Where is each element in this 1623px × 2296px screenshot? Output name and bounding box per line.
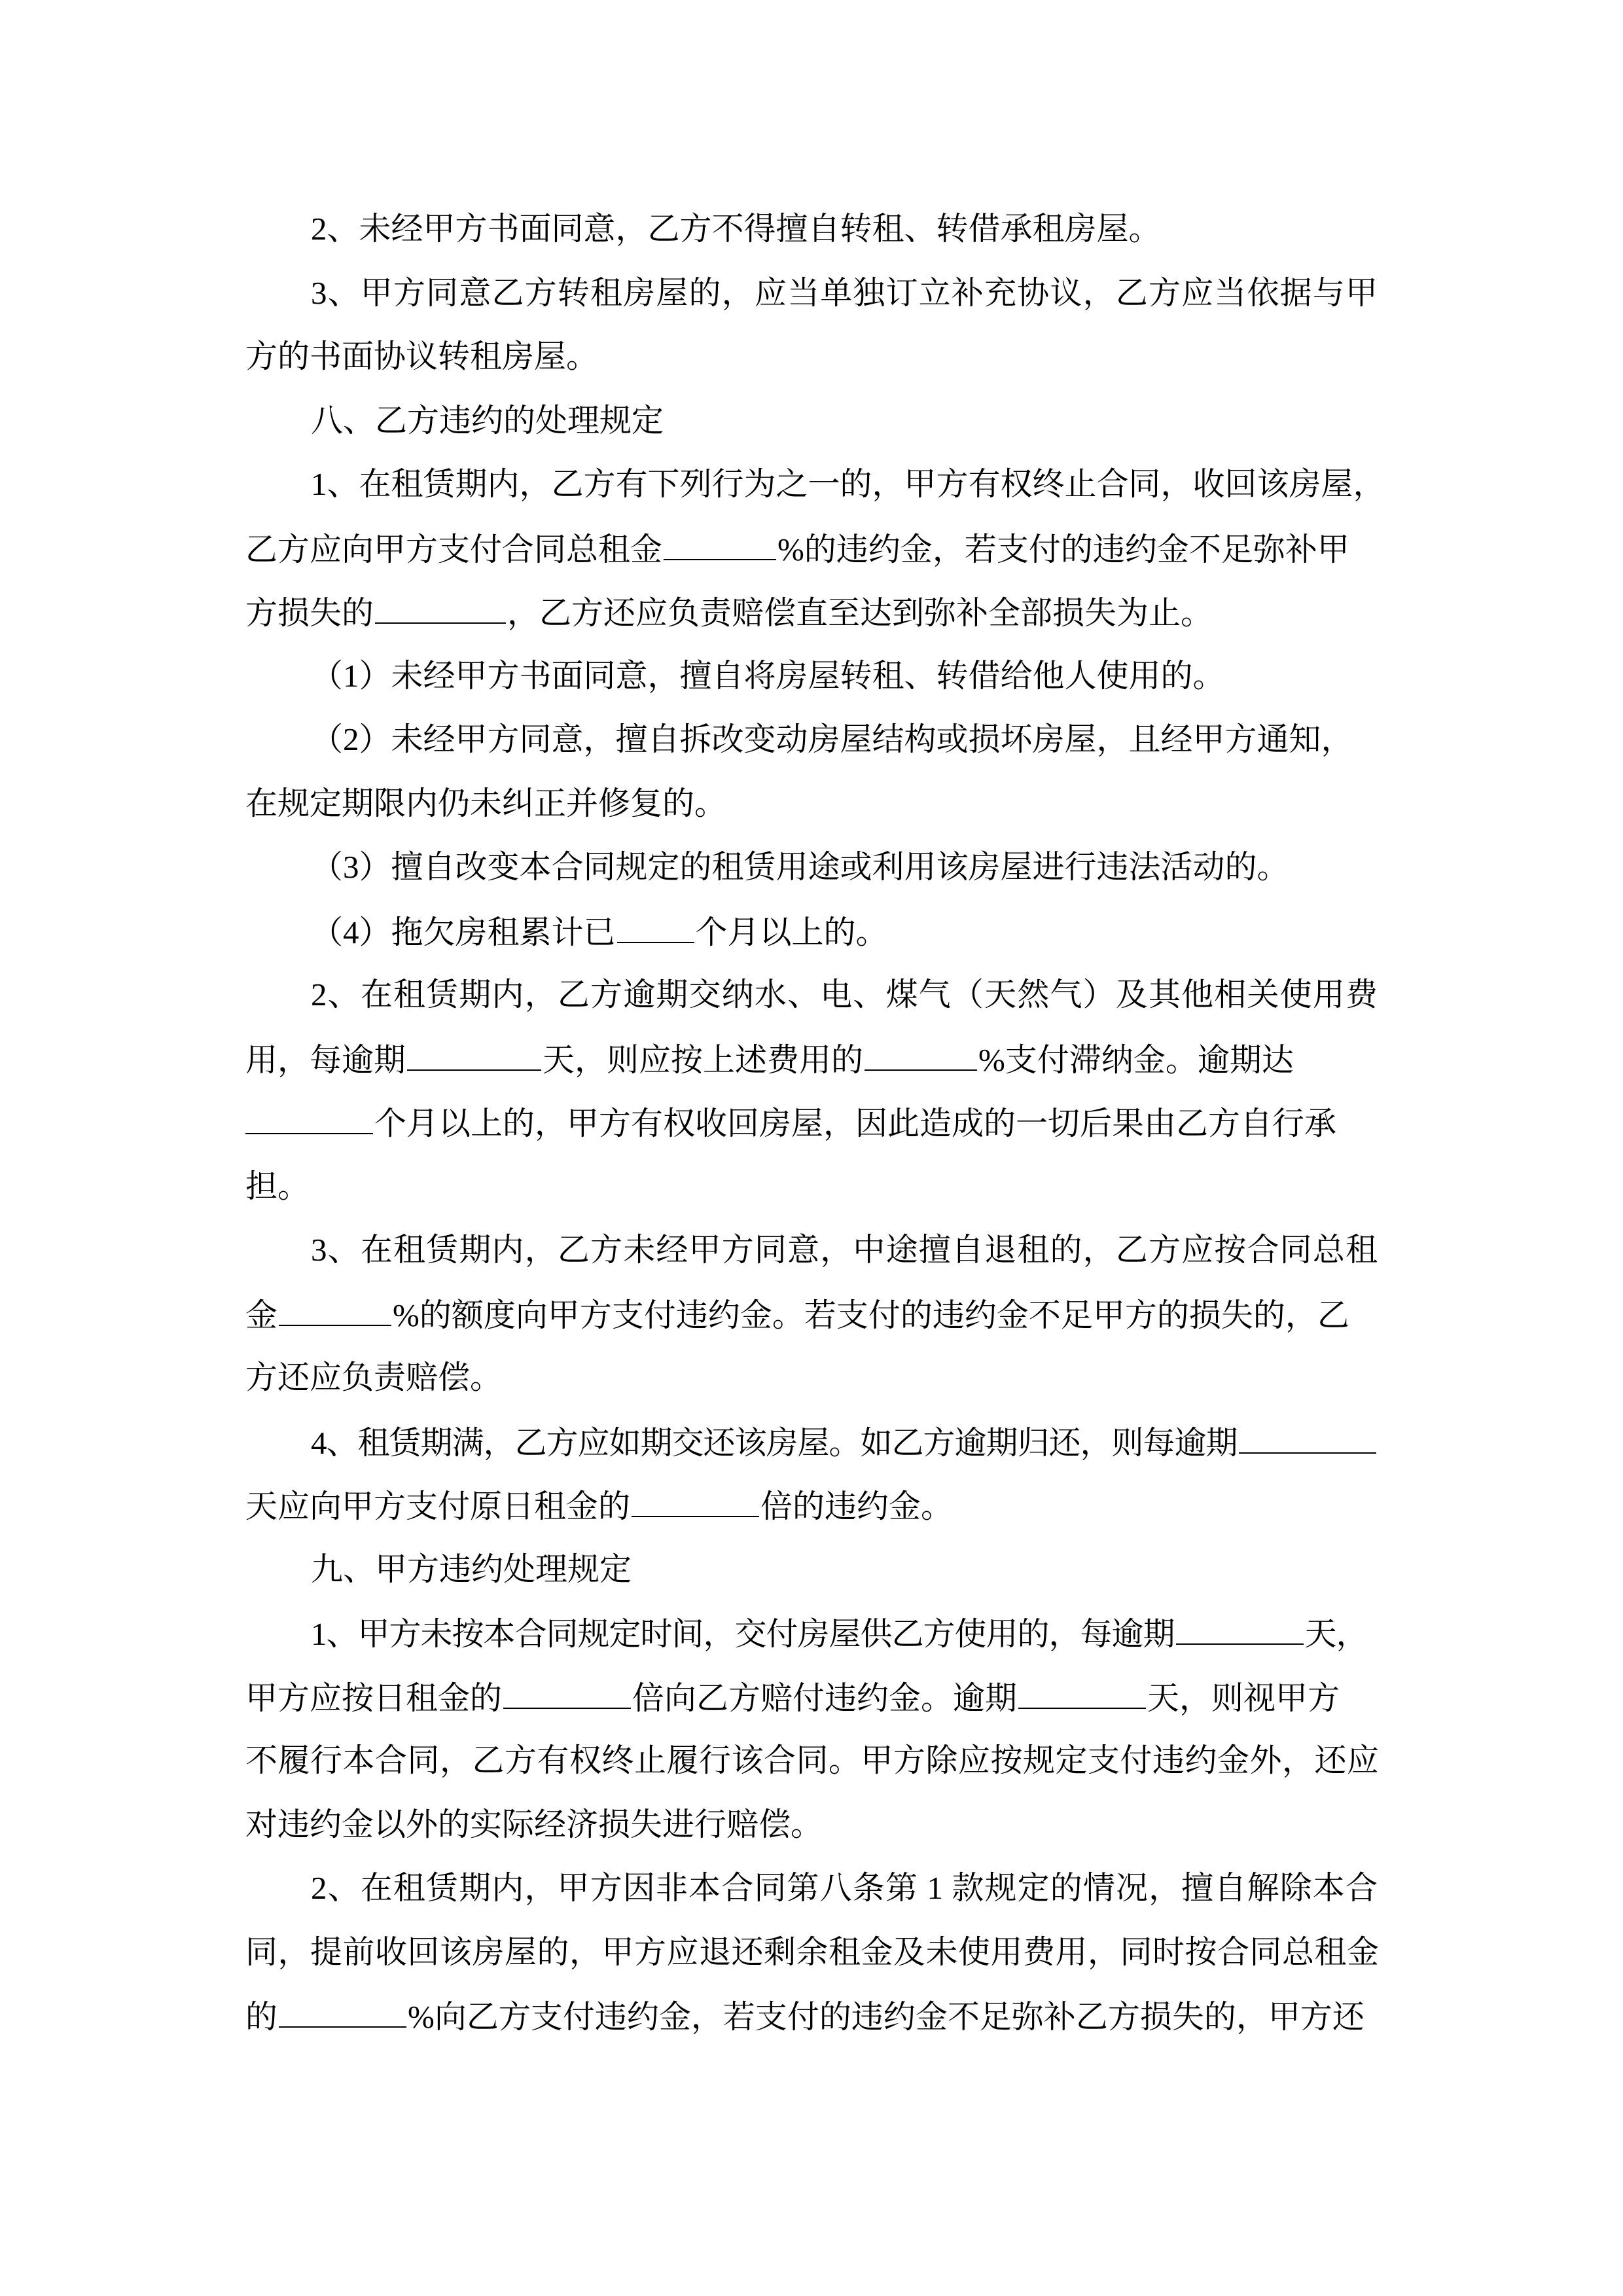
fill-blank-overdue-months[interactable] (245, 1104, 373, 1134)
clause-8-2-line-1: 2、在租赁期内，乙方逾期交纳水、电、煤气（天然气）及其他相关使用费 (311, 977, 1378, 1013)
text-segment: 方的书面协议转租房屋。 (245, 338, 598, 374)
item-3: （3）擅自改变本合同规定的租赁用途或利用该房屋进行违法活动的。 (311, 849, 1378, 886)
clause-9-2-line-1: 2、在租赁期内，甲方因非本合同第八条第 1 款规定的情况，擅自解除本合 (311, 1870, 1378, 1907)
clause-8-2-line-2: 用，每逾期天，则应按上述费用的%支付滞纳金。逾期达 (245, 1041, 1378, 1077)
text-segment: %向乙方支付违约金，若支付的违约金不足弥补乙方损失的，甲方还 (408, 1999, 1364, 2035)
item-2-line-2: 在规定期限内仍未纠正并修复的。 (245, 785, 1378, 822)
fill-blank-overdue-days[interactable] (407, 1041, 541, 1071)
text-segment: 对违约金以外的实际经济损失进行赔偿。 (245, 1806, 823, 1842)
text-segment: 金 (245, 1297, 277, 1333)
text-segment: 在规定期限内仍未纠正并修复的。 (245, 785, 726, 821)
fill-blank-breach-days[interactable] (1018, 1679, 1146, 1709)
text-segment: 天，则应按上述费用的 (543, 1042, 863, 1078)
text-segment: （3）擅自改变本合同规定的租赁用途或利用该房屋进行违法活动的。 (311, 849, 1289, 885)
clause-9-2-line-2: 同，提前收回该房屋的，甲方应退还剩余租金及未使用费用，同时按合同总租金 (245, 1934, 1378, 1971)
text-segment: 1、甲方未按本合同规定时间，交付房屋供乙方使用的，每逾期 (311, 1616, 1175, 1652)
text-segment: 倍的违约金。 (760, 1488, 953, 1524)
text-segment: 3、在租赁期内，乙方未经甲方同意，中途擅自退租的，乙方应按合同总租 (311, 1232, 1378, 1268)
fill-blank-late-fee-percent[interactable] (865, 1041, 977, 1071)
clause-8-1-line-3: 方损失的，乙方还应负责赔偿直至达到弥补全部损失为止。 (245, 594, 1378, 630)
text-segment: 同，提前收回该房屋的，甲方应退还剩余租金及未使用费用，同时按合同总租金 (245, 1934, 1378, 1970)
text-segment: 方还应负责赔偿。 (245, 1359, 502, 1395)
text-segment: 方损失的 (245, 595, 374, 631)
text-segment: 不履行本合同，乙方有权终止履行该合同。甲方除应按规定支付违约金外，还应 (245, 1742, 1378, 1778)
section-title: 九、甲方违约处理规定 (311, 1551, 632, 1587)
text-segment: 倍向乙方赔付违约金。逾期 (632, 1680, 1017, 1716)
text-segment: %的额度向甲方支付违约金。若支付的违约金不足甲方的损失的，乙 (393, 1297, 1349, 1333)
clause-8-3-line-1: 3、在租赁期内，乙方未经甲方同意，中途擅自退租的，乙方应按合同总租 (311, 1232, 1378, 1268)
clause-7-3-line-1: 3、甲方同意乙方转租房屋的，应当单独订立补充协议，乙方应当依据与甲 (311, 275, 1378, 312)
section-heading-9: 九、甲方违约处理规定 (311, 1551, 1378, 1588)
clause-9-2-line-3: 的%向乙方支付违约金，若支付的违约金不足弥补乙方损失的，甲方还 (245, 1998, 1378, 2034)
item-4: （4）拖欠房租累计已个月以上的。 (311, 913, 1378, 950)
text-segment: 2、在租赁期内，乙方逾期交纳水、电、煤气（天然气）及其他相关使用费 (311, 977, 1378, 1013)
fill-blank-rent-multiple[interactable] (632, 1487, 759, 1517)
text-segment: 天，则视甲方 (1147, 1680, 1340, 1716)
text-segment: 甲方应按日租金的 (245, 1680, 502, 1716)
fill-blank-loss[interactable] (375, 594, 506, 624)
text-segment: ，乙方还应负责赔偿直至达到弥补全部损失为止。 (507, 595, 1213, 631)
text-segment: 天， (1305, 1616, 1368, 1652)
clause-9-1-line-1: 1、甲方未按本合同规定时间，交付房屋供乙方使用的，每逾期天， (311, 1615, 1378, 1651)
fill-blank-daily-rent-multiple[interactable] (503, 1679, 631, 1709)
fill-blank-penalty-percent[interactable] (664, 530, 776, 560)
fill-blank-landlord-penalty-percent[interactable] (279, 1998, 406, 2028)
text-segment: 用，每逾期 (245, 1042, 406, 1078)
clause-9-1-line-4: 对违约金以外的实际经济损失进行赔偿。 (245, 1806, 1378, 1843)
clause-9-1-line-3: 不履行本合同，乙方有权终止履行该合同。甲方除应按规定支付违约金外，还应 (245, 1742, 1378, 1779)
text-segment: 1、在租赁期内，乙方有下列行为之一的，甲方有权终止合同，收回该房屋， (311, 466, 1385, 502)
fill-blank-early-termination-percent[interactable] (279, 1296, 391, 1326)
fill-blank-months-arrears[interactable] (617, 913, 694, 943)
text-segment: 个月以上的，甲方有权收回房屋，因此造成的一切后果由乙方自行承 (374, 1105, 1336, 1141)
text-segment: 3、甲方同意乙方转租房屋的，应当单独订立补充协议，乙方应当依据与甲 (311, 275, 1378, 311)
text-segment: （4）拖欠房租累计已 (311, 914, 616, 950)
clause-8-4-line-1: 4、租赁期满，乙方应如期交还该房屋。如乙方逾期归还，则每逾期 (311, 1424, 1378, 1460)
clause-8-1-line-1: 1、在租赁期内，乙方有下列行为之一的，甲方有权终止合同，收回该房屋， (311, 466, 1378, 503)
text-segment: 2、在租赁期内，甲方因非本合同第八条第 1 款规定的情况，擅自解除本合 (311, 1870, 1378, 1906)
clause-8-3-line-2: 金%的额度向甲方支付违约金。若支付的违约金不足甲方的损失的，乙 (245, 1296, 1378, 1333)
clause-8-2-line-3: 个月以上的，甲方有权收回房屋，因此造成的一切后果由乙方自行承 (245, 1104, 1378, 1141)
clause-7-2: 2、未经甲方书面同意，乙方不得擅自转租、转借承租房屋。 (311, 211, 1378, 247)
text-segment: 4、租赁期满，乙方应如期交还该房屋。如乙方逾期归还，则每逾期 (311, 1425, 1238, 1461)
text-segment: 乙方应向甲方支付合同总租金 (245, 531, 662, 567)
text-segment: 个月以上的。 (696, 914, 888, 950)
clause-8-3-line-3: 方还应负责赔偿。 (245, 1359, 1378, 1396)
clause-9-1-line-2: 甲方应按日租金的倍向乙方赔付违约金。逾期天，则视甲方 (245, 1679, 1378, 1715)
text-segment: （2）未经甲方同意，擅自拆改变动房屋结构或损坏房屋，且经甲方通知， (311, 721, 1353, 757)
text-segment: 2、未经甲方书面同意，乙方不得擅自转租、转借承租房屋。 (311, 211, 1161, 247)
item-1: （1）未经甲方书面同意，擅自将房屋转租、转借给他人使用的。 (311, 658, 1378, 694)
clause-7-3-line-2: 方的书面协议转租房屋。 (245, 338, 1378, 375)
text-segment: 担。 (245, 1168, 310, 1204)
text-segment: %支付滞纳金。逾期达 (978, 1042, 1294, 1078)
clause-8-4-line-2: 天应向甲方支付原日租金的倍的违约金。 (245, 1487, 1378, 1524)
clause-8-2-line-4: 担。 (245, 1168, 1378, 1205)
text-segment: 的 (245, 1999, 277, 2035)
text-segment: （1）未经甲方书面同意，擅自将房屋转租、转借给他人使用的。 (311, 658, 1225, 694)
document-page: 2、未经甲方书面同意，乙方不得擅自转租、转借承租房屋。 3、甲方同意乙方转租房屋… (0, 0, 1623, 2296)
text-segment: %的违约金，若支付的违约金不足弥补甲 (777, 531, 1349, 567)
fill-blank-delivery-delay-days[interactable] (1176, 1615, 1304, 1645)
clause-8-1-line-2: 乙方应向甲方支付合同总租金%的违约金，若支付的违约金不足弥补甲 (245, 530, 1378, 567)
item-2-line-1: （2）未经甲方同意，擅自拆改变动房屋结构或损坏房屋，且经甲方通知， (311, 721, 1378, 758)
section-title: 八、乙方违约的处理规定 (311, 403, 664, 439)
section-heading-8: 八、乙方违约的处理规定 (311, 403, 1378, 439)
fill-blank-return-days[interactable] (1239, 1424, 1376, 1454)
text-segment: 天应向甲方支付原日租金的 (245, 1488, 630, 1524)
